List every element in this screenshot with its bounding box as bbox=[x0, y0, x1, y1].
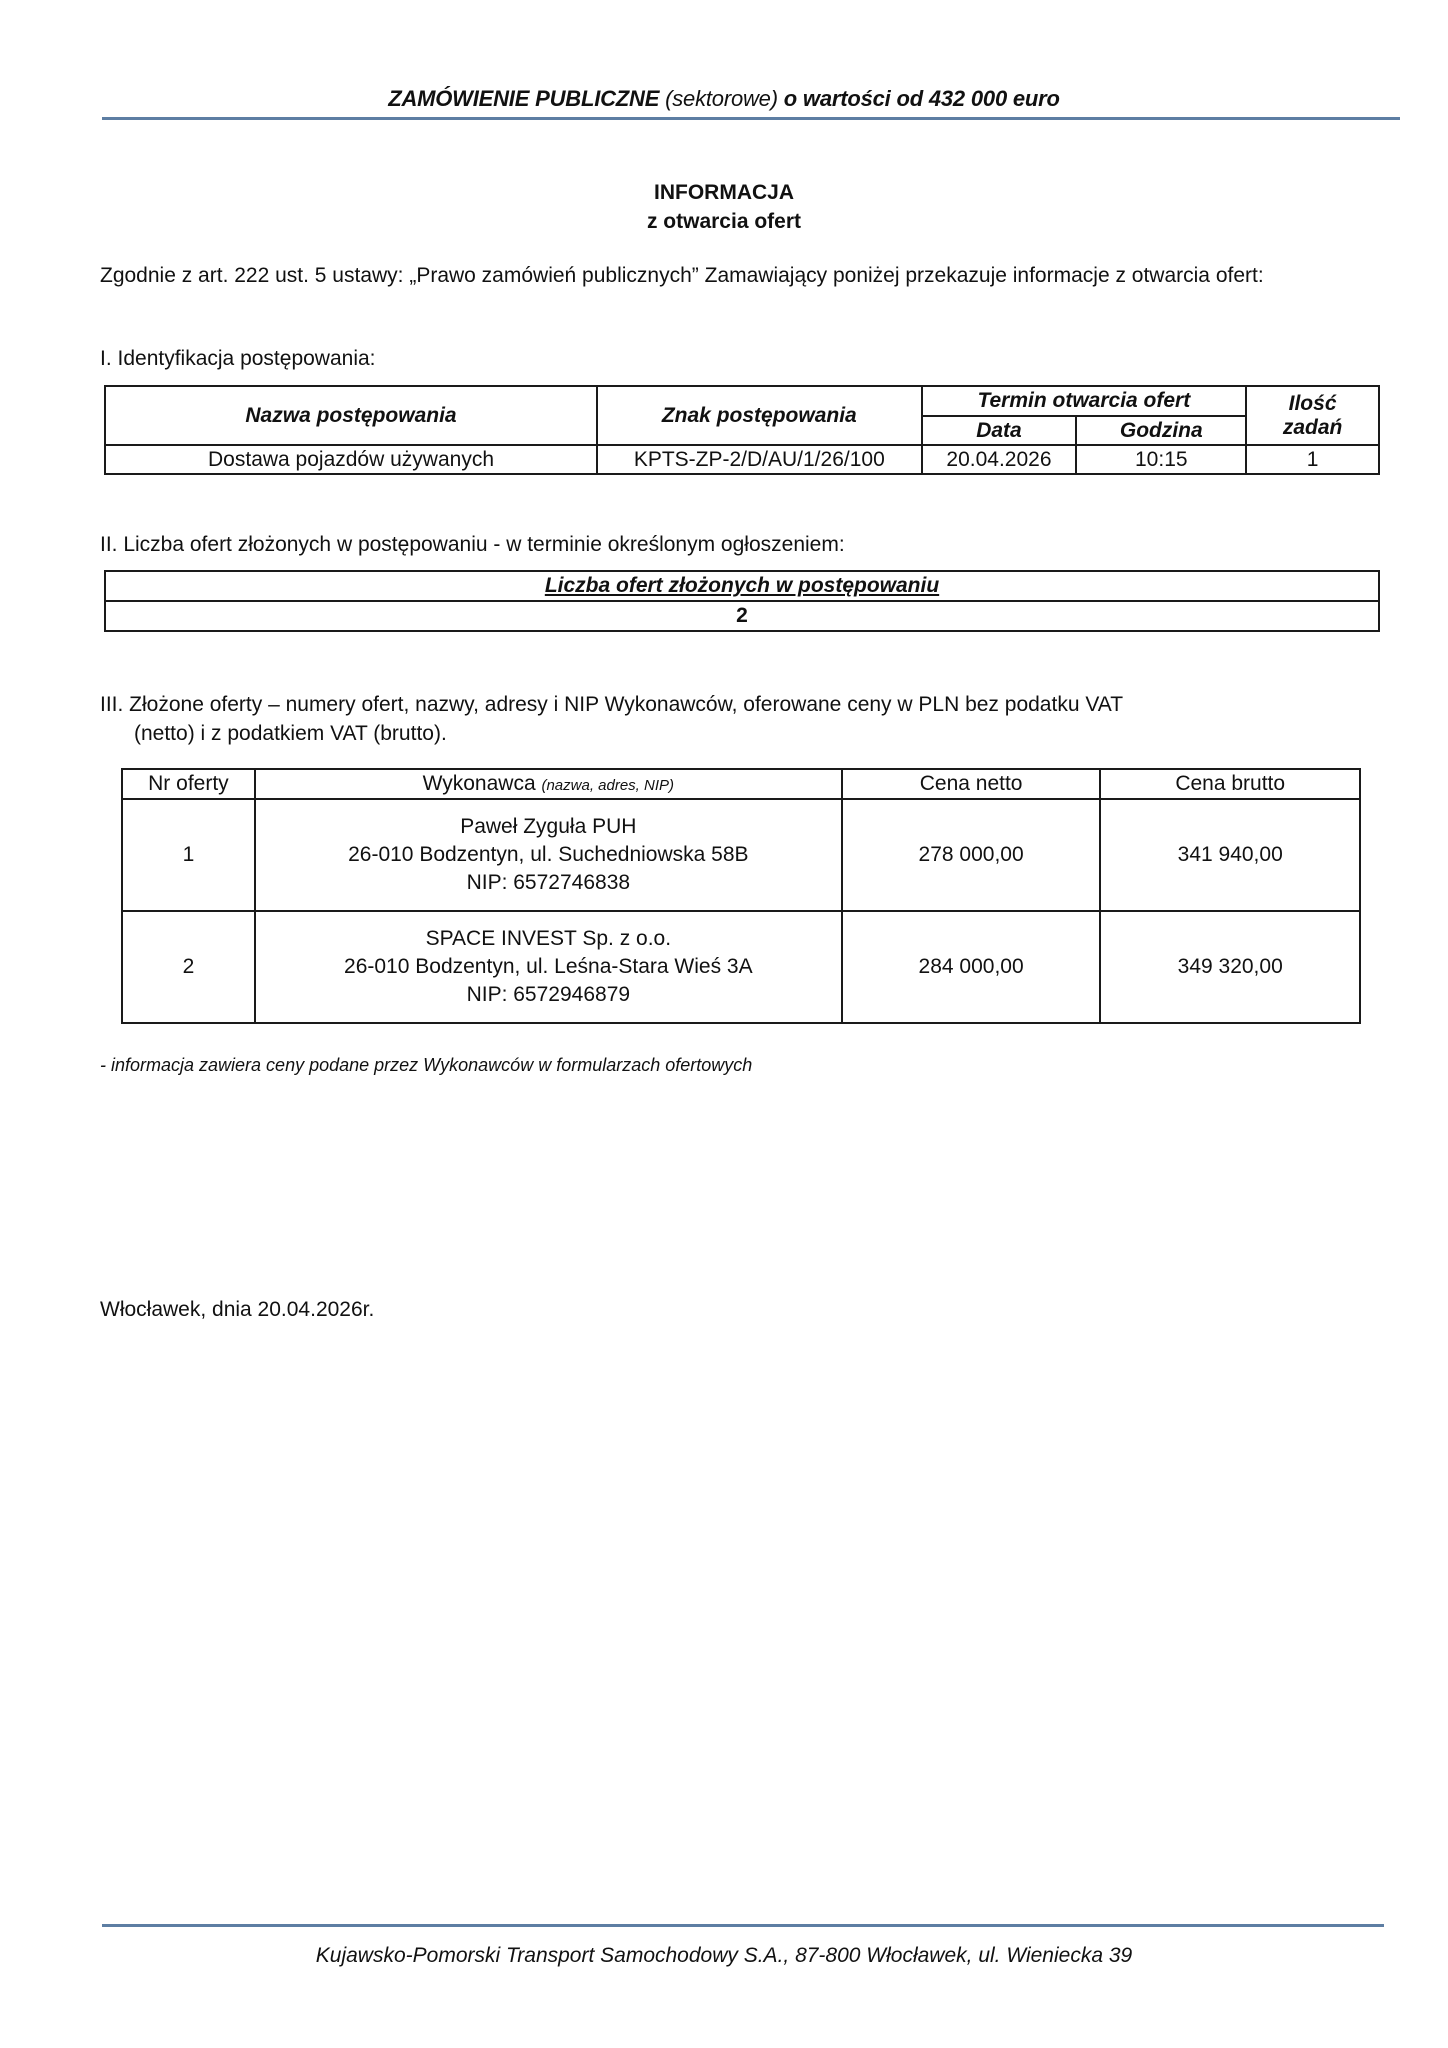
footer-address: Kujawsko-Pomorski Transport Samochodowy … bbox=[0, 1944, 1448, 1968]
table-row: 2 SPACE INVEST Sp. z o.o. 26-010 Bodzent… bbox=[122, 911, 1360, 1023]
cell-procedure-name: Dostawa pojazdów używanych bbox=[105, 445, 597, 474]
document-title: INFORMACJA bbox=[0, 178, 1448, 207]
section-1-heading: I. Identyfikacja postępowania: bbox=[100, 344, 376, 373]
cell-net-price: 284 000,00 bbox=[842, 911, 1101, 1023]
contractor-name: SPACE INVEST Sp. z o.o. bbox=[256, 925, 841, 953]
header-title-part-2: (sektorowe) bbox=[659, 86, 784, 111]
contractor-address: 26-010 Bodzentyn, ul. Suchedniowska 58B bbox=[256, 841, 841, 869]
cell-task-count: 1 bbox=[1246, 445, 1379, 474]
cell-contractor: Paweł Zyguła PUH 26-010 Bodzentyn, ul. S… bbox=[255, 799, 842, 911]
table-row: 2 bbox=[105, 601, 1379, 631]
table-header-row: Nazwa postępowania Znak postępowania Ter… bbox=[105, 386, 1379, 416]
header-task-count: Ilość zadań bbox=[1246, 386, 1379, 445]
cell-date: 20.04.2026 bbox=[922, 445, 1077, 474]
header-offer-count: Liczba ofert złożonych w postępowaniu bbox=[105, 571, 1379, 601]
header-procedure-name: Nazwa postępowania bbox=[105, 386, 597, 445]
header-contractor: Wykonawca (nazwa, adres, NIP) bbox=[255, 769, 842, 799]
document-title-block: INFORMACJA z otwarcia ofert bbox=[0, 178, 1448, 236]
header-offer-number: Nr oferty bbox=[122, 769, 255, 799]
cell-offer-count: 2 bbox=[105, 601, 1379, 631]
header-title-part-3: o wartości od 432 000 euro bbox=[784, 86, 1060, 111]
contractor-name: Paweł Zyguła PUH bbox=[256, 813, 841, 841]
header-opening-date: Termin otwarcia ofert bbox=[922, 386, 1247, 416]
section-3-heading-line-2: (netto) i z podatkiem VAT (brutto). bbox=[100, 719, 1362, 748]
header-time: Godzina bbox=[1076, 416, 1246, 445]
header-contractor-sub: (nazwa, adres, NIP) bbox=[541, 777, 674, 794]
footer-divider bbox=[102, 1924, 1384, 1927]
header-title-part-1: ZAMÓWIENIE PUBLICZNE bbox=[388, 86, 659, 111]
cell-gross-price: 341 940,00 bbox=[1100, 799, 1360, 911]
cell-contractor: SPACE INVEST Sp. z o.o. 26-010 Bodzentyn… bbox=[255, 911, 842, 1023]
cell-gross-price: 349 320,00 bbox=[1100, 911, 1360, 1023]
cell-procedure-code: KPTS-ZP-2/D/AU/1/26/100 bbox=[597, 445, 922, 474]
section-2-heading: II. Liczba ofert złożonych w postępowani… bbox=[100, 530, 845, 559]
section-3-heading-line-1: III. Złożone oferty – numery ofert, nazw… bbox=[100, 693, 1123, 716]
place-and-date: Włocławek, dnia 20.04.2026r. bbox=[100, 1298, 374, 1322]
header-procedure-code: Znak postępowania bbox=[597, 386, 922, 445]
contractor-address: 26-010 Bodzentyn, ul. Leśna-Stara Wieś 3… bbox=[256, 953, 841, 981]
header-task-count-line-2: zadań bbox=[1247, 416, 1378, 440]
price-note: - informacja zawiera ceny podane przez W… bbox=[100, 1055, 752, 1076]
header-task-count-line-1: Ilość bbox=[1247, 392, 1378, 416]
table-row: Dostawa pojazdów używanych KPTS-ZP-2/D/A… bbox=[105, 445, 1379, 474]
header-date: Data bbox=[922, 416, 1077, 445]
intro-paragraph: Zgodnie z art. 222 ust. 5 ustawy: „Prawo… bbox=[100, 261, 1358, 290]
contractor-nip: NIP: 6572746838 bbox=[256, 869, 841, 897]
table-row: 1 Paweł Zyguła PUH 26-010 Bodzentyn, ul.… bbox=[122, 799, 1360, 911]
cell-offer-number: 2 bbox=[122, 911, 255, 1023]
cell-net-price: 278 000,00 bbox=[842, 799, 1101, 911]
document-subtitle: z otwarcia ofert bbox=[0, 207, 1448, 236]
section-3-heading: III. Złożone oferty – numery ofert, nazw… bbox=[100, 690, 1362, 748]
procedure-identification-table: Nazwa postępowania Znak postępowania Ter… bbox=[104, 385, 1380, 475]
contractor-nip: NIP: 6572946879 bbox=[256, 981, 841, 1009]
cell-time: 10:15 bbox=[1076, 445, 1246, 474]
table-header-row: Nr oferty Wykonawca (nazwa, adres, NIP) … bbox=[122, 769, 1360, 799]
table-header-row: Liczba ofert złożonych w postępowaniu bbox=[105, 571, 1379, 601]
header-contractor-label: Wykonawca bbox=[423, 772, 542, 795]
header-title: ZAMÓWIENIE PUBLICZNE (sektorowe) o warto… bbox=[0, 86, 1448, 112]
header-net-price: Cena netto bbox=[842, 769, 1101, 799]
offer-count-table: Liczba ofert złożonych w postępowaniu 2 bbox=[104, 570, 1380, 632]
header-divider bbox=[102, 117, 1400, 120]
offers-table: Nr oferty Wykonawca (nazwa, adres, NIP) … bbox=[121, 768, 1361, 1024]
header-gross-price: Cena brutto bbox=[1100, 769, 1360, 799]
cell-offer-number: 1 bbox=[122, 799, 255, 911]
